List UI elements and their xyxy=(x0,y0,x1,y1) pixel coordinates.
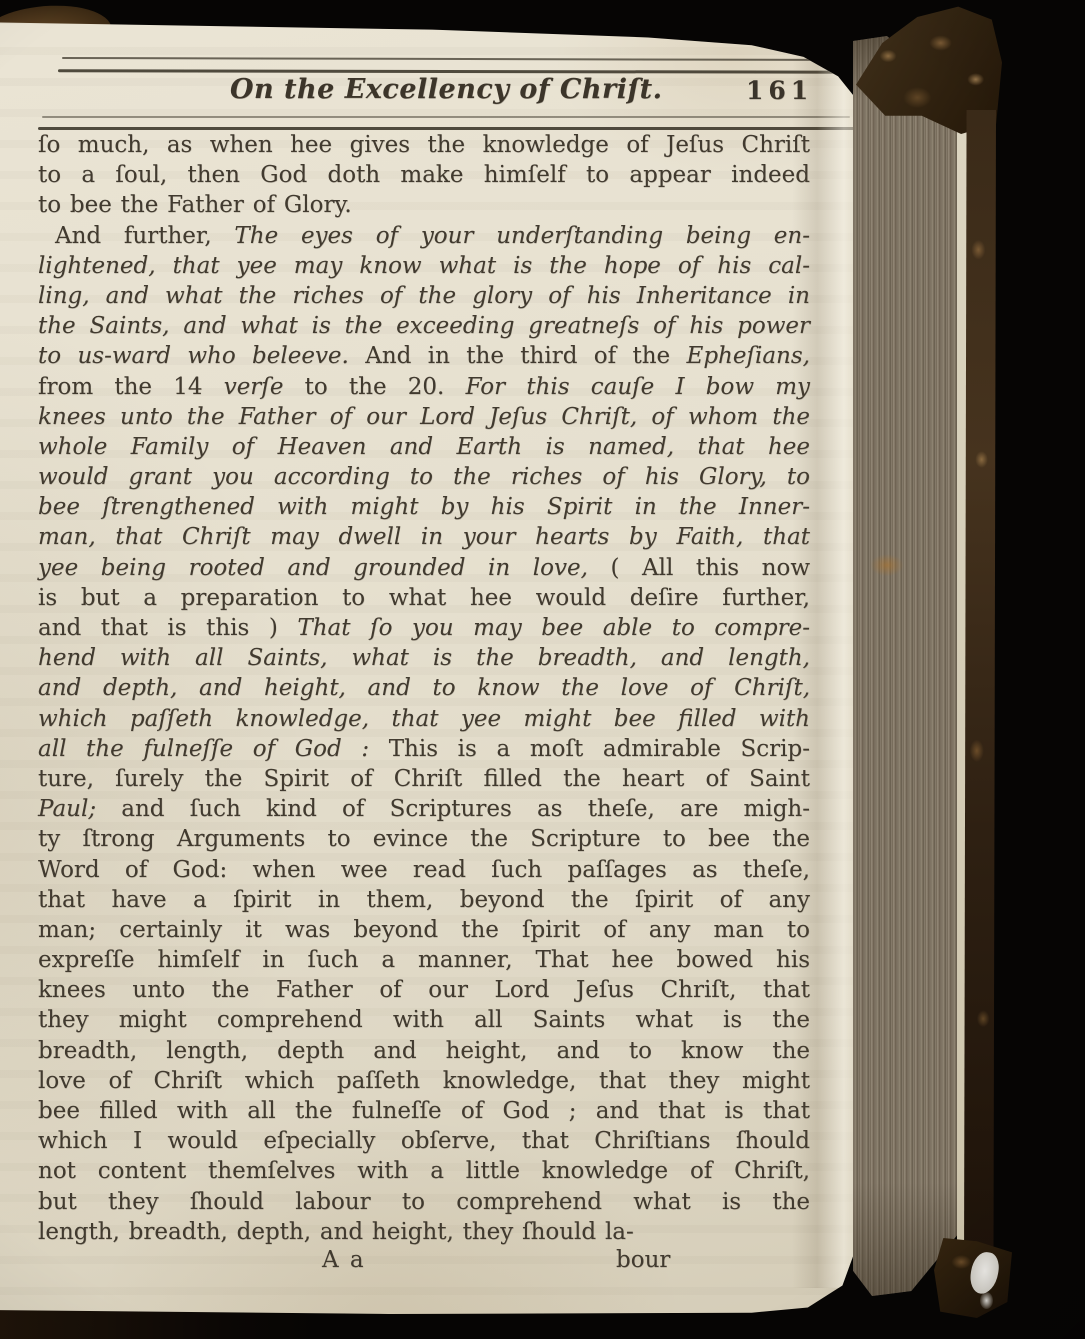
page-number: 161 xyxy=(746,76,813,105)
text-line: they might comprehend with all Saints wh… xyxy=(38,1005,810,1035)
text-segment: length, breadth, depth, and height, they… xyxy=(38,1219,634,1245)
text-line: Paul; and ſuch kind of Scriptures as the… xyxy=(38,794,810,824)
text-segment: from the 14 xyxy=(38,374,224,400)
header-rule-top-thin xyxy=(62,57,850,61)
text-segment: And in the third of the xyxy=(349,343,687,369)
text-segment: and ſuch kind of Scriptures as theſe, ar… xyxy=(96,796,810,822)
text-line: And further, The eyes of your underſtand… xyxy=(38,221,810,251)
text-segment: to a ſoul, then God doth make himſelf to… xyxy=(38,162,810,188)
text-segment: ſo much, as when hee gives the knowledge… xyxy=(38,132,810,158)
text-line: ty ſtrong Arguments to evince the Script… xyxy=(38,824,810,854)
text-line: to a ſoul, then God doth make himſelf to… xyxy=(38,160,810,190)
text-segment: breadth, length, depth and height, and t… xyxy=(38,1038,810,1064)
text-segment: man; certainly it was beyond the ſpirit … xyxy=(38,917,810,943)
text-segment: but they ſhould labour to comprehend wha… xyxy=(38,1189,810,1215)
text-segment: not content themſelves with a little kno… xyxy=(38,1158,810,1184)
scripture-quote-segment: lightened, that yee may know what is the… xyxy=(38,253,810,279)
text-line: from the 14 verſe to the 20. For this ca… xyxy=(38,372,810,402)
text-line: knees unto the Father of our Lord Jeſus … xyxy=(38,975,810,1005)
text-line: lightened, that yee may know what is the… xyxy=(38,251,810,281)
text-line: man; certainly it was beyond the ſpirit … xyxy=(38,915,810,945)
scripture-quote-segment: and depth, and height, and to know the l… xyxy=(38,675,810,701)
text-line: which paſſeth knowledge, that yee might … xyxy=(38,704,810,734)
text-line: not content themſelves with a little kno… xyxy=(38,1156,810,1186)
scripture-quote-segment: Epheſians, xyxy=(687,343,810,369)
text-line: ling, and what the riches of the glory o… xyxy=(38,281,810,311)
text-segment: which I would eſpecially obſerve, that C… xyxy=(38,1128,810,1154)
scripture-quote-segment: which paſſeth knowledge, that yee might … xyxy=(38,706,810,732)
text-segment: love of Chriſt which paſſeth knowledge, … xyxy=(38,1068,810,1094)
text-segment: bee filled with all the fulneſſe of God … xyxy=(38,1098,810,1124)
scripture-quote-segment: whole Family of Heaven and Earth is name… xyxy=(38,434,810,460)
scripture-quote-segment: knees unto the Father of our Lord Jeſus … xyxy=(38,404,810,430)
scripture-quote-segment: the Saints, and what is the exceeding gr… xyxy=(38,313,810,339)
text-segment: to bee the Father of Glory. xyxy=(38,192,352,218)
text-segment: This is a moſt admirable Scrip- xyxy=(389,736,810,762)
text-segment: Word of God: when wee read ſuch paſſages… xyxy=(38,857,810,883)
text-line: length, breadth, depth, and height, they… xyxy=(38,1217,810,1247)
text-line: but they ſhould labour to comprehend wha… xyxy=(38,1187,810,1217)
text-line: would grant you according to the riches … xyxy=(38,462,810,492)
text-line: that have a ſpirit in them, beyond the ſ… xyxy=(38,885,810,915)
scripture-quote-segment: all the fulneſſe of God : xyxy=(38,736,389,762)
text-line: which I would eſpecially obſerve, that C… xyxy=(38,1126,810,1156)
scripture-quote-segment: would grant you according to the riches … xyxy=(38,464,810,490)
scripture-quote-segment: to us-ward who beleeve. xyxy=(38,343,349,369)
signature-row: A a bour xyxy=(38,1247,810,1277)
text-line: and that is this ) That ſo you may bee a… xyxy=(38,613,810,643)
text-segment: expreſſe himſelf in ſuch a manner, That … xyxy=(38,947,810,973)
scripture-quote-segment: yee being rooted and grounded in love, xyxy=(38,555,610,581)
scripture-quote-segment: That ſo you may bee able to compre- xyxy=(297,615,810,641)
scripture-quote-segment: The eyes of your underſtanding being en- xyxy=(234,223,810,249)
text-line: breadth, length, depth and height, and t… xyxy=(38,1036,810,1066)
text-line: whole Family of Heaven and Earth is name… xyxy=(38,432,810,462)
text-segment: is but a preparation to what hee would d… xyxy=(38,585,810,611)
text-line: expreſſe himſelf in ſuch a manner, That … xyxy=(38,945,810,975)
text-line: bee ſtrengthened with might by his Spiri… xyxy=(38,492,810,522)
scripture-quote-segment: For this cauſe I bow my xyxy=(466,374,810,400)
text-segment: ( All this now xyxy=(610,555,810,581)
catchword: bour xyxy=(616,1247,670,1273)
text-segment: to the 20. xyxy=(283,374,465,400)
text-line: knees unto the Father of our Lord Jeſus … xyxy=(38,402,810,432)
page-fore-edge xyxy=(853,36,959,1296)
text-line: man, that Chriſt may dwell in your heart… xyxy=(38,522,810,552)
text-line: to us-ward who beleeve. And in the third… xyxy=(38,341,810,371)
text-line: and depth, and height, and to know the l… xyxy=(38,673,810,703)
text-block: ſo much, as when hee gives the knowledge… xyxy=(38,130,810,1247)
text-segment: ty ſtrong Arguments to evince the Script… xyxy=(38,826,810,852)
scripture-quote-segment: bee ſtrengthened with might by his Spiri… xyxy=(38,494,810,520)
text-line: to bee the Father of Glory. xyxy=(38,190,810,220)
text-line: hend with all Saints, what is the breadt… xyxy=(38,643,810,673)
text-line: Word of God: when wee read ſuch paſſages… xyxy=(38,855,810,885)
running-header-title: On the Excellency of Chriſt. xyxy=(230,74,590,105)
header-rule-bottom-thin xyxy=(42,116,850,118)
text-segment: knees unto the Father of our Lord Jeſus … xyxy=(38,977,810,1003)
text-segment: and that is this ) xyxy=(38,615,297,641)
book-cover-edge-right xyxy=(964,110,996,1275)
paint-mark-small xyxy=(980,1292,993,1309)
scripture-quote-segment: verſe xyxy=(224,374,284,400)
text-line: yee being rooted and grounded in love, (… xyxy=(38,553,810,583)
scripture-quote-segment: Paul; xyxy=(38,796,96,822)
text-line: the Saints, and what is the exceeding gr… xyxy=(38,311,810,341)
scripture-quote-segment: man, that Chriſt may dwell in your heart… xyxy=(38,524,810,550)
scripture-quote-segment: hend with all Saints, what is the breadt… xyxy=(38,645,810,671)
text-line: ſo much, as when hee gives the knowledge… xyxy=(38,130,810,160)
book-page: On the Excellency of Chriſt. 161 ſo much… xyxy=(0,18,864,1314)
text-line: ture, ſurely the Spirit of Chriſt filled… xyxy=(38,764,810,794)
text-line: bee filled with all the fulneſſe of God … xyxy=(38,1096,810,1126)
signature-mark: A a xyxy=(322,1247,366,1273)
text-line: is but a preparation to what hee would d… xyxy=(38,583,810,613)
text-line: love of Chriſt which paſſeth knowledge, … xyxy=(38,1066,810,1096)
book-photo: On the Excellency of Chriſt. 161 ſo much… xyxy=(0,0,1085,1339)
text-segment: ture, ſurely the Spirit of Chriſt filled… xyxy=(38,766,810,792)
text-segment: they might comprehend with all Saints wh… xyxy=(38,1007,810,1033)
text-segment: And further, xyxy=(55,223,234,249)
text-line: all the fulneſſe of God : This is a moſt… xyxy=(38,734,810,764)
text-segment: that have a ſpirit in them, beyond the ſ… xyxy=(38,887,810,913)
scripture-quote-segment: ling, and what the riches of the glory o… xyxy=(38,283,810,309)
